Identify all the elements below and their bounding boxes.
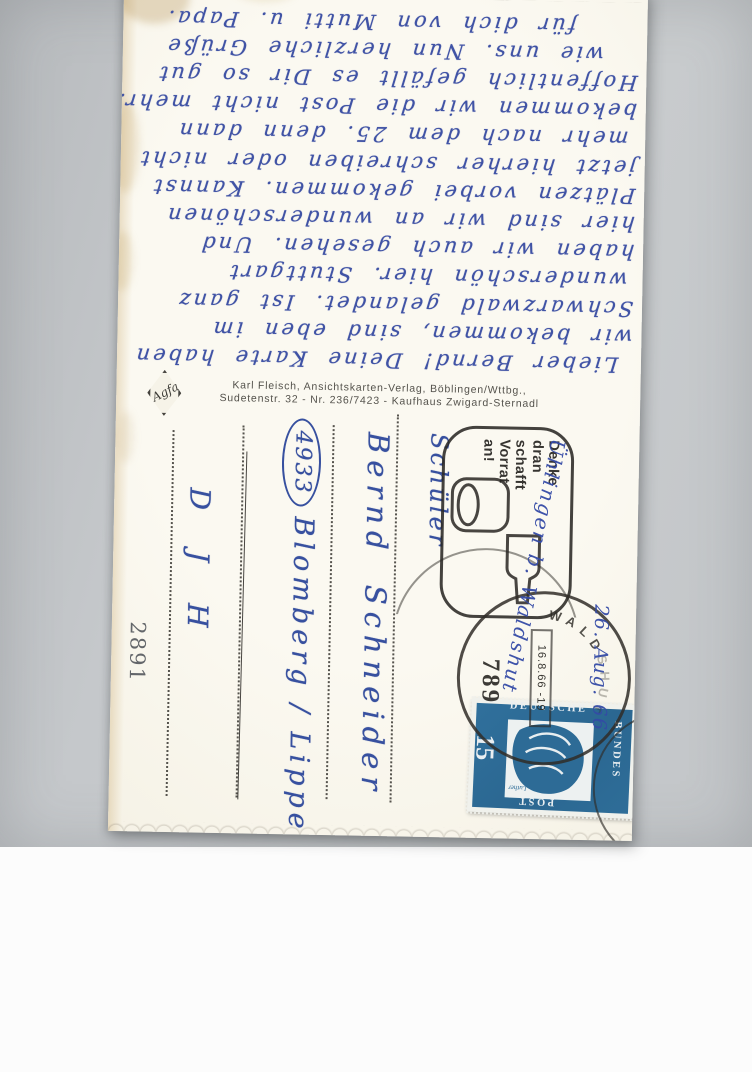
address-name: Bernd Schneider (355, 432, 396, 798)
postmark-date: 16.8.66 -19 (529, 629, 553, 727)
postal-code-circled: 4933 (281, 418, 322, 507)
address-line3: D J H (181, 487, 217, 644)
address-city: Blomberg / Lippe (282, 516, 319, 834)
address-ruled-line (236, 425, 245, 797)
address-ruled-line (166, 430, 175, 796)
address-city-line: 4933Blomberg / Lippe (275, 418, 322, 834)
handwritten-message: Lieber Bernd! Deine Karte haben wir beko… (126, 0, 639, 379)
postcard: Lieber Bernd! Deine Karte haben wir beko… (108, 0, 648, 841)
preserving-jar-icon (452, 478, 509, 531)
edge-note: 26. Aug. 66 (588, 604, 612, 732)
address-ruled-line (326, 425, 335, 799)
age-stain (117, 411, 134, 463)
publisher-imprint: Karl Fleisch, Ansichtskarten-Verlag, Böb… (144, 378, 614, 413)
photo-background: Lieber Bernd! Deine Karte haben wir beko… (0, 0, 752, 847)
stamp-subject-label: Luther (508, 783, 527, 792)
inventory-number: 2891 (125, 621, 150, 683)
agfa-logo: Agfa (144, 368, 187, 421)
deckle-edge-bottom (108, 821, 632, 841)
